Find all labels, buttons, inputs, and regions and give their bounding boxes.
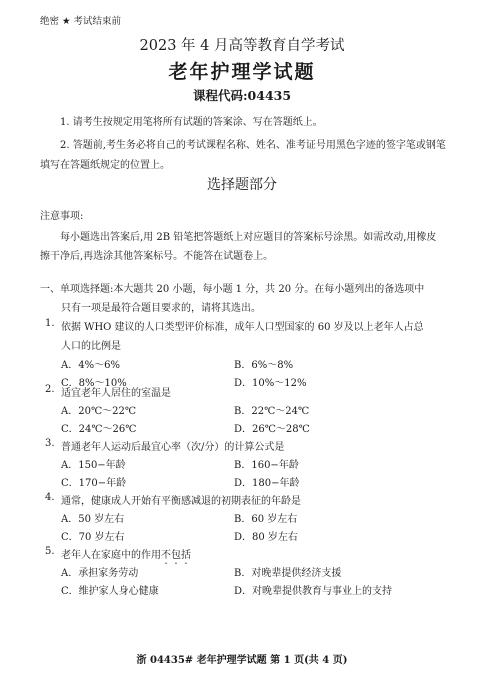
instruction-2-cont: 填写在答题纸规定的位置上。 bbox=[40, 156, 170, 171]
option-c: C．24℃～26℃ bbox=[61, 420, 136, 435]
question-number: 5. bbox=[45, 546, 55, 557]
question-number: 1. bbox=[45, 318, 55, 329]
option-d: D．10%～12% bbox=[234, 374, 306, 389]
question-text-prefix: 老年人在家庭中的作用 bbox=[61, 550, 161, 561]
question-text: 普通老年人运动后最宜心率（次/分）的计算公式是 bbox=[61, 438, 284, 453]
option-a: A．150−年龄 bbox=[61, 456, 126, 471]
option-b: B．160−年龄 bbox=[234, 456, 299, 471]
option-c: C．维护家人身心健康 bbox=[61, 582, 159, 597]
option-b: B．60 岁左右 bbox=[234, 510, 297, 525]
question-number: 4. bbox=[45, 492, 55, 503]
option-b: B．6%～8% bbox=[234, 356, 293, 371]
option-d: D．对晚辈提供教育与事业上的支持 bbox=[234, 582, 392, 597]
part-one-heading: 一、单项选择题:本大题共 20 小题，每小题 1 分，共 20 分。在每小题列出… bbox=[40, 280, 424, 295]
question-number: 2. bbox=[45, 384, 55, 395]
option-d: D．180−年龄 bbox=[234, 474, 299, 489]
option-d: D．80 岁左右 bbox=[234, 528, 298, 543]
question-text-cont: 人口的比例是 bbox=[61, 337, 121, 352]
secret-mark: 绝密 ★ 考试结束前 bbox=[40, 13, 121, 27]
part-one-heading-cont: 只有一项是最符合题目要求的，请将其选出。 bbox=[61, 299, 261, 314]
question-number: 3. bbox=[45, 438, 55, 449]
course-code: 课程代码:04435 bbox=[0, 86, 484, 104]
exam-title: 2023 年 4 月高等教育自学考试 bbox=[0, 34, 484, 55]
page-footer: 浙 04435# 老年护理学试题 第 1 页(共 4 页) bbox=[0, 651, 484, 666]
section-title: 选择题部分 bbox=[0, 174, 484, 194]
option-a: A．4%～6% bbox=[61, 356, 120, 371]
option-c: C．70 岁左右 bbox=[61, 528, 125, 543]
option-c: C．170−年龄 bbox=[61, 474, 126, 489]
option-b: B．对晚辈提供经济支援 bbox=[234, 564, 341, 579]
question-text: 通常，健康成人开始有平衡感减退的初期表征的年龄是 bbox=[61, 492, 301, 507]
question-text: 依据 WHO 建议的人口类型评价标准，成年人口型国家的 60 岁及以上老年人占总 bbox=[61, 318, 424, 333]
question-text: 适宜老年人居住的室温是 bbox=[61, 384, 171, 399]
option-b: B．22℃～24℃ bbox=[234, 402, 309, 417]
option-d: D．26℃～28℃ bbox=[234, 420, 310, 435]
subject-title: 老年护理学试题 bbox=[0, 57, 484, 84]
emphasized-text: 不包括 bbox=[161, 550, 191, 561]
option-a: A．承担家务劳动 bbox=[61, 564, 138, 579]
instruction-2: 2. 答题前,考生务必将自己的考试课程名称、姓名、准考证号用黑色字迹的签字笔或钢… bbox=[60, 136, 446, 151]
option-a: A．50 岁左右 bbox=[61, 510, 124, 525]
option-a: A．20℃～22℃ bbox=[61, 402, 136, 417]
instruction-1: 1. 请考生按规定用笔将所有试题的答案涂、写在答题纸上。 bbox=[60, 113, 323, 128]
notes-line-2: 擦干净后,再选涂其他答案标号。不能答在试题卷上。 bbox=[40, 247, 273, 262]
notes-line-1: 每小题选出答案后,用 2B 铅笔把答题纸上对应题目的答案标号涂黑。如需改动,用橡… bbox=[60, 228, 436, 243]
notes-label: 注意事项: bbox=[40, 207, 83, 222]
